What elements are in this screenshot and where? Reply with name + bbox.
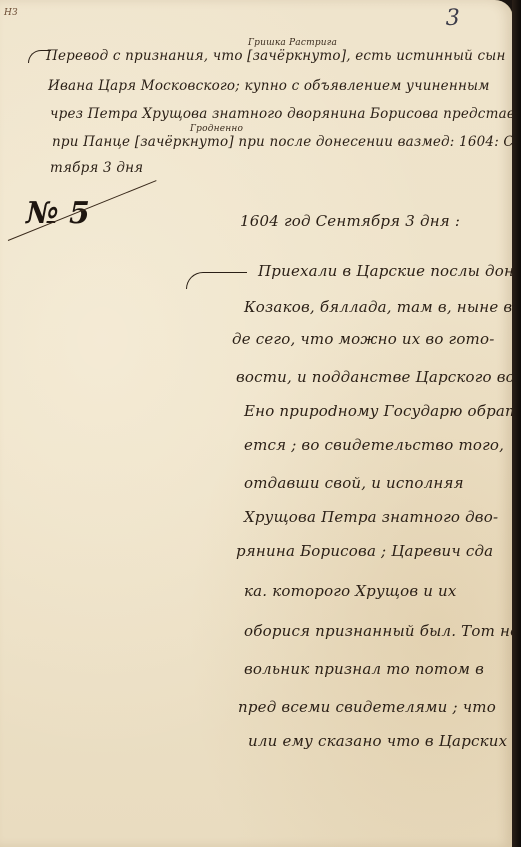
entry-dateline: 1604 год Сентября 3 дня :: [240, 212, 460, 230]
interlinear-insertion: Гришка Растрига: [248, 38, 337, 48]
header-line-4: при Панце [зачёркнуто] при после донесен…: [52, 134, 521, 150]
entry-line: оборися признанный был. Тот не: [244, 622, 519, 640]
entry-line: де сего, что можно их во гото-: [232, 330, 494, 348]
header-line-1: Перевод с признания, что [зачёркнуто], е…: [46, 48, 506, 64]
entry-line: Хрущова Петра знатного дво-: [244, 508, 498, 526]
entry-line: Ено прирodному Государю обрата-: [244, 402, 521, 420]
interlinear-insertion-2: Гродненно: [190, 124, 243, 134]
archive-reference: НЗ: [4, 8, 18, 18]
document-number: № 5: [26, 196, 90, 231]
entry-line: рянина Борисова ; Царевич сда: [236, 542, 493, 560]
entry-line: ка. которого Хрущов и их: [244, 582, 457, 600]
flourish-mark: [186, 272, 247, 289]
entry-line: отдавши свой, и исполняя: [244, 474, 464, 492]
manuscript-page: НЗ 3 Гришка Растрига Перевод с признания…: [0, 0, 513, 847]
entry-line: вости, и подданстве Царского во: [236, 368, 515, 386]
entry-line: вольник признал то потом в: [244, 660, 484, 678]
folio-number: 3: [446, 6, 460, 31]
header-line-2: Ивана Царя Московского; купно с объявлен…: [48, 78, 490, 94]
entry-line: Приехали в Царские послы донских: [258, 262, 521, 280]
entry-line: Козаков, бяллада, там в, ныне в и пре: [244, 298, 521, 316]
entry-line: пред всеми свидетелями ; что: [238, 698, 496, 716]
entry-line: ется ; во свидетельство того,: [244, 436, 504, 454]
binding-edge: [512, 0, 521, 847]
entry-line: или ему сказано что в Царских: [248, 732, 507, 750]
header-line-5: тября 3 дня: [50, 160, 143, 176]
header-line-3: чрез Петра Хрущова знатного дворянина Бо…: [50, 106, 521, 122]
